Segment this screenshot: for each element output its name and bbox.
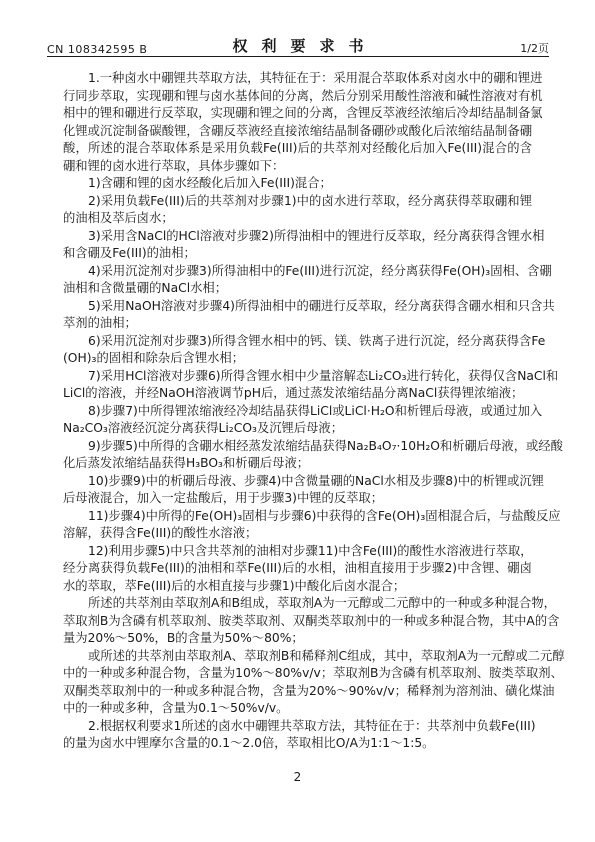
claim-text-line: 量为20%～50%，B的含量为50%～80%；	[63, 630, 532, 648]
claim-text-line: 酸，所述的混合萃取体系是采用负载Fe(III)后的共萃剂对经酸化后加入Fe(II…	[63, 140, 532, 158]
claim-text-line: 后母液混合，加入一定盐酸后，用于步骤3)中锂的反萃取；	[63, 490, 532, 508]
claim-text-line: 相中的锂和硼进行反萃取，实现硼和锂之间的分离，含锂反萃液经浓缩后冷却结晶制备氯	[63, 105, 532, 123]
claim-text-line: 水的萃取，萃Fe(III)后的水相直接与步骤1)中酸化后卤水混合；	[63, 578, 532, 596]
claim-text-line: 行同步萃取，实现硼和锂与卤水基体间的分离，然后分别采用酸性溶液和碱性溶液对有机	[63, 88, 532, 106]
page-number: 2	[294, 770, 302, 784]
claim-text-line: 的量为卤水中锂摩尔含量的0.1～2.0倍，萃取相比O/A为1:1～1:5。	[63, 735, 532, 753]
claim-text-line: 中的一种或多种混合物，含量为10%～80%v/v；萃取剂B为含磷有机萃取剂、胺类…	[63, 665, 532, 683]
claim-text-line: (OH)₃的固相和除杂后含锂水相；	[63, 350, 532, 368]
claim-text-line: 萃取剂B为含磷有机萃取剂、胺类萃取剂、双酮类萃取剂中的一种或多种混合物，其中A的…	[63, 613, 532, 631]
claim-text-line: 中的一种或多种，含量为0.1～50%v/v。	[63, 700, 532, 718]
claim-text-line: 9)步骤5)中所得的含硼水相经蒸发浓缩结晶获得Na₂B₄O₇·10H₂O和析硼后…	[63, 438, 532, 456]
claim-text-line: 溶解，获得含Fe(III)的酸性水溶液；	[63, 525, 532, 543]
page-header: CN 108342595 B 权利要求书 1/2页	[47, 38, 549, 56]
claim-text-line: 6)采用沉淀剂对步骤3)所得含锂水相中的钙、镁、铁离子进行沉淀，经分离获得含Fe	[63, 333, 532, 351]
claims-body: 1.一种卤水中硼锂共萃取方法，其特征在于：采用混合萃取体系对卤水中的硼和锂进行同…	[63, 70, 532, 753]
claim-text-line: LiCl的溶液，并经NaOH溶液调节pH后，通过蒸发浓缩结晶分离NaCl获得锂浓…	[63, 385, 532, 403]
claim-text-line: 2.根据权利要求1所述的卤水中硼锂共萃取方法，其特征在于：共萃剂中负载Fe(II…	[63, 718, 532, 736]
claim-text-line: 和含硼及Fe(III)的油相；	[63, 245, 532, 263]
claim-text-line: 2)采用负载Fe(III)后的共萃剂对步骤1)中的卤水进行萃取，经分离获得萃取硼…	[63, 193, 532, 211]
claim-text-line: 1.一种卤水中硼锂共萃取方法，其特征在于：采用混合萃取体系对卤水中的硼和锂进	[63, 70, 532, 88]
patent-claims-page: CN 108342595 B 权利要求书 1/2页 1.一种卤水中硼锂共萃取方法…	[0, 0, 595, 842]
claim-text-line: 7)采用HCl溶液对步骤6)所得含锂水相中少量溶解态Li₂CO₃进行转化，获得仅…	[63, 368, 532, 386]
claim-text-line: 1)含硼和锂的卤水经酸化后加入Fe(III)混合；	[63, 175, 532, 193]
claim-text-line: 11)步骤4)中所得的Fe(OH)₃固相与步骤6)中获得的含Fe(OH)₃固相混…	[63, 508, 532, 526]
claim-text-line: 4)采用沉淀剂对步骤3)所得油相中的Fe(III)进行沉淀，经分离获得Fe(OH…	[63, 263, 532, 281]
claim-text-line: 的油相及萃后卤水；	[63, 210, 532, 228]
claim-text-line: 双酮类萃取剂中的一种或多种混合物，含量为20%～90%v/v；稀释剂为溶剂油、磺…	[63, 683, 532, 701]
claim-text-line: 硼和锂的卤水进行萃取，具体步骤如下：	[63, 158, 532, 176]
claim-text-line: Na₂CO₃溶液经沉淀分离获得Li₂CO₃及沉锂后母液；	[63, 420, 532, 438]
claim-text-line: 5)采用NaOH溶液对步骤4)所得油相中的硼进行反萃取，经分离获得含硼水相和只含…	[63, 298, 532, 316]
claim-text-line: 3)采用含NaCl的HCl溶液对步骤2)所得油相中的锂进行反萃取，经分离获得含锂…	[63, 228, 532, 246]
claim-text-line: 萃剂的油相；	[63, 315, 532, 333]
claim-text-line: 化锂或沉淀制备碳酸锂，含硼反萃液经直接浓缩结晶制备硼砂或酸化后浓缩结晶制备硼	[63, 123, 532, 141]
claim-text-line: 12)利用步骤5)中只含共萃剂的油相对步骤11)中含Fe(III)的酸性水溶液进…	[63, 543, 532, 561]
document-title: 权利要求书	[47, 35, 549, 56]
claim-text-line: 8)步骤7)中所得锂浓缩液经冷却结晶获得LiCl或LiCl·H₂O和析锂后母液，…	[63, 403, 532, 421]
claim-text-line: 所述的共萃剂由萃取剂A和B组成，萃取剂A为一元醇或二元醇中的一种或多种混合物，	[63, 595, 532, 613]
claim-text-line: 化后蒸发浓缩结晶获得H₃BO₃和析硼后母液；	[63, 455, 532, 473]
header-rule	[47, 56, 549, 57]
claim-text-line: 油相和含微量硼的NaCl水相；	[63, 280, 532, 298]
claim-text-line: 经分离获得负载Fe(III)的油相和萃Fe(III)后的水相，油相直接用于步骤2…	[63, 560, 532, 578]
page-indicator: 1/2页	[520, 40, 549, 56]
claim-text-line: 10)步骤9)中的析硼后母液、步骤4)中含微量硼的NaCl水相及步骤8)中的析锂…	[63, 473, 532, 491]
claim-text-line: 或所述的共萃剂由萃取剂A、萃取剂B和稀释剂C组成，其中，萃取剂A为一元醇或二元醇	[63, 648, 532, 666]
page-footer: 2	[0, 770, 595, 784]
